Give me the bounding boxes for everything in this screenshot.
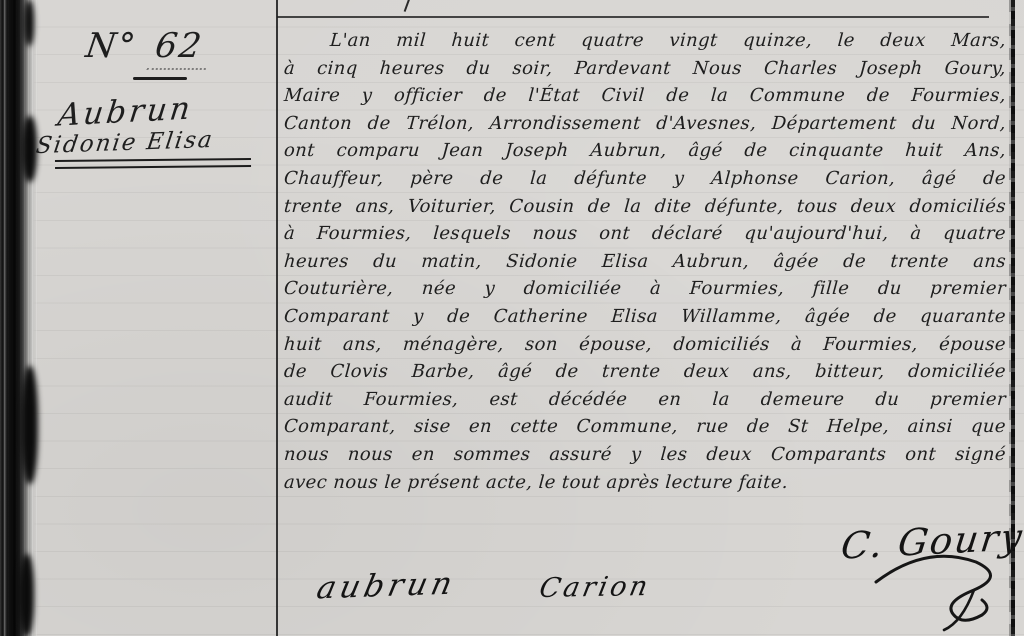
stray-ink-mark [404,0,411,12]
signature-carion: Carion [537,571,653,604]
body-line: L'an mil huit cent quatre vingt quinze, … [283,27,1007,55]
act-body-text: L'an mil huit cent quatre vingt quinze, … [283,27,1005,496]
body-line: de Clovis Barbe, âgé de trente deux ans,… [283,358,1007,386]
margin-deceased-surname: Aubrun [56,90,195,133]
record-number-value: 62 [146,26,211,70]
signature-aubrun: aubrun [314,566,460,607]
record-number-dash [133,77,187,80]
body-line: audit Fourmies, est décédée en la demeur… [283,386,1007,414]
margin-record-number: N° 62 [83,26,211,66]
scanned-death-record-page: N° 62 Aubrun Sidonie Elisa L'an mil huit… [0,0,1024,636]
body-line: ont comparu Jean Joseph Aubrun, âgé de c… [283,137,1007,165]
body-line: heures du matin, Sidonie Elisa Aubrun, â… [283,248,1007,276]
binding-ink-blotch [21,366,38,484]
body-line: à Fourmies, lesquels nous ont déclaré qu… [283,220,1007,248]
body-line: Comparant y de Catherine Elisa Willamme,… [283,303,1007,331]
body-line: huit ans, ménagère, son épouse, domicili… [283,331,1007,359]
binding-ink-blotch [24,0,34,46]
body-line: Maire y officier de l'État Civil de la C… [283,82,1007,110]
body-line: à cinq heures du soir, Pardevant Nous Ch… [283,55,1007,83]
book-binding-edge [0,0,38,636]
record-number-prefix: N° [83,26,139,66]
record-top-border-line [277,16,989,18]
body-line: Chauffeur, père de la défunte y Alphonse… [283,165,1007,193]
margin-separator-line [276,0,278,636]
margin-double-underline [55,158,251,169]
body-line: Comparant, sise en cette Commune, rue de… [283,413,1007,441]
body-line: trente ans, Voiturier, Cousin de la dite… [283,193,1007,221]
goury-signature-flourish-icon [858,552,1008,634]
margin-deceased-given-names: Sidonie Elisa [34,127,215,159]
binding-ink-blotch [19,554,34,636]
body-line: nous nous en sommes assuré y les deux Co… [283,441,1007,469]
body-line: Couturière, née y domiciliée à Fourmies,… [283,275,1007,303]
body-line: Canton de Trélon, Arrondissement d'Avesn… [283,110,1007,138]
body-line: avec nous le présent acte, le tout après… [283,469,1007,497]
